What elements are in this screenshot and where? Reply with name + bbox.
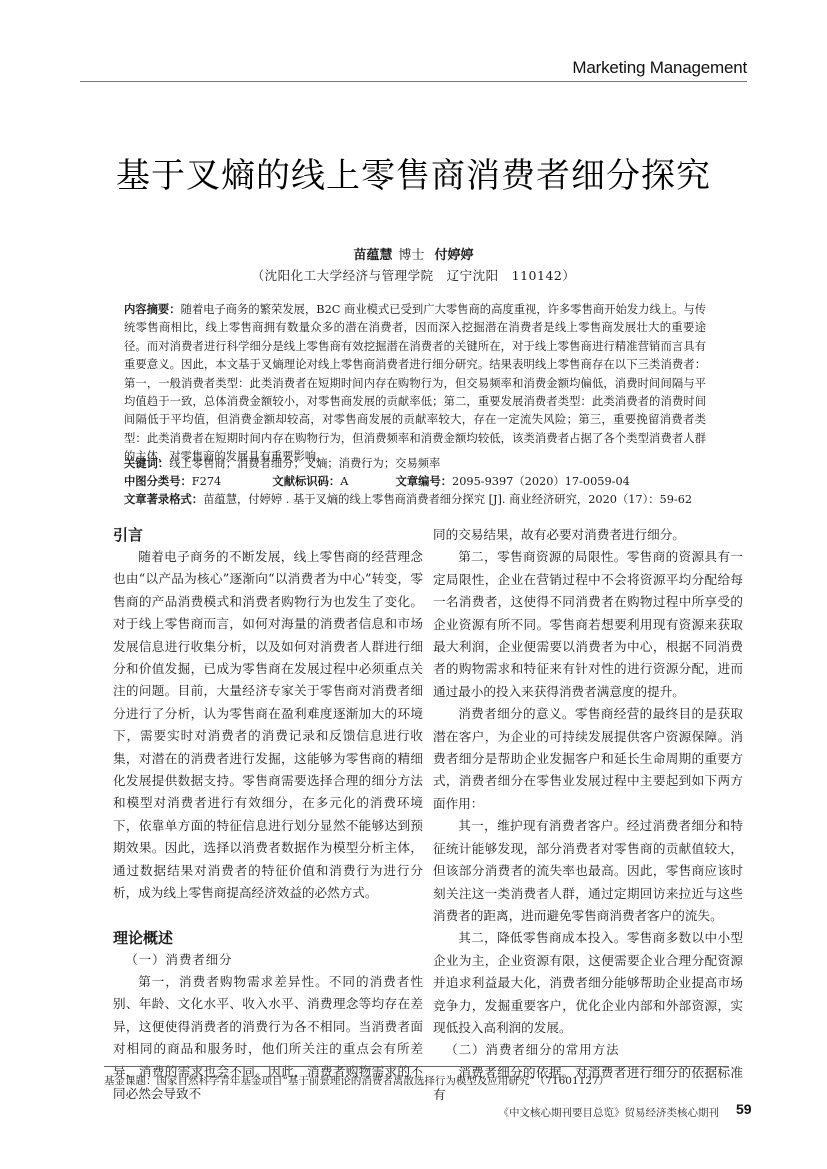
- continued-paragraph: 同的交易结果，故有必要对消费者进行细分。: [433, 524, 743, 546]
- article-title: 基于叉熵的线上零售商消费者细分探究: [0, 148, 827, 197]
- classification-line: 中图分类号：F274 文献标识码：A 文章编号：2095-9397（2020）1…: [124, 473, 630, 491]
- fund-note: 基金课题：国家自然科学青年基金项目“基于前景理论的消费者离散选择行为模型及应用研…: [104, 1073, 744, 1088]
- paragraph-reduce-cost: 其二，降低零售商成本投入。零售商多数以中小型企业为主，企业资源有限，这便需要企业…: [433, 927, 743, 1039]
- subsection-heading-2: （二）消费者细分的常用方法: [433, 1039, 743, 1061]
- clc-value: F274: [192, 475, 221, 488]
- journal-index-line: 《中文核心期刊要目总览》贸易经济类核心期刊: [499, 1105, 720, 1120]
- subsection-heading-1: （一）消费者细分: [113, 949, 423, 971]
- author-degree: 博士: [398, 248, 424, 263]
- author-affiliation: （沈阳化工大学经济与管理学院 辽宁沈阳 110142）: [0, 266, 827, 284]
- body-column-right: 同的交易结果，故有必要对消费者进行细分。 第二，零售商资源的局限性。零售商的资源…: [433, 524, 743, 1107]
- body-column-left: 引言 随着电子商务的不断发展，线上零售商的经营理念也由“以产品为核心”逐渐向“以…: [113, 524, 423, 1105]
- footnote-rule: [104, 1066, 729, 1067]
- author-line: 苗蕴慧博士付婷婷: [0, 244, 827, 263]
- section-heading-intro: 引言: [113, 524, 423, 546]
- section-heading-theory: 理论概述: [113, 927, 423, 949]
- doc-code-label: 文献标识码：: [272, 475, 340, 488]
- citation-text: 苗蕴慧，付婷婷 . 基于叉熵的线上零售商消费者细分探究 [J]. 商业经济研究，…: [203, 493, 692, 506]
- citation-line: 文章著录格式：苗蕴慧，付婷婷 . 基于叉熵的线上零售商消费者细分探究 [J]. …: [124, 491, 692, 509]
- article-no-label: 文章编号：: [396, 475, 453, 488]
- paragraph-segmentation-meaning: 消费者细分的意义。零售商经营的最终目的是获取潜在客户，为企业的可持续发展提供客户…: [433, 703, 743, 815]
- page-number: 59: [736, 1101, 752, 1117]
- running-header-title: Marketing Management: [80, 58, 747, 78]
- doc-code-value: A: [340, 475, 348, 488]
- intro-paragraph: 随着电子商务的不断发展，线上零售商的经营理念也由“以产品为核心”逐渐向“以消费者…: [113, 546, 423, 905]
- abstract-block: 内容摘要：随着电子商务的繁荣发展，B2C 商业模式已受到广大零售商的高度重视，许…: [124, 301, 706, 467]
- paragraph-resource-limit: 第二，零售商资源的局限性。零售商的资源具有一定局限性，企业在营销过程中不会将资源…: [433, 546, 743, 703]
- keywords-text: 线上零售商；消费者细分；叉熵；消费行为；交易频率: [169, 457, 440, 470]
- header-rule: [80, 81, 747, 82]
- author-name: 付婷婷: [435, 248, 474, 263]
- paragraph-maintain-customers: 其一，维护现有消费者客户。经过消费者细分和特征统计能够发现，部分消费者对零售商的…: [433, 815, 743, 927]
- keywords-label: 关键词：: [124, 457, 169, 470]
- author-name: 苗蕴慧: [353, 248, 392, 263]
- keywords-line: 关键词：线上零售商；消费者细分；叉熵；消费行为；交易频率: [124, 455, 440, 473]
- clc-label: 中图分类号：: [124, 475, 192, 488]
- article-no-value: 2095-9397（2020）17-0059-04: [452, 475, 630, 488]
- citation-label: 文章著录格式：: [124, 493, 203, 506]
- abstract-text: 随着电子商务的繁荣发展，B2C 商业模式已受到广大零售商的高度重视，许多零售商开…: [124, 303, 706, 463]
- abstract-label: 内容摘要：: [124, 303, 181, 316]
